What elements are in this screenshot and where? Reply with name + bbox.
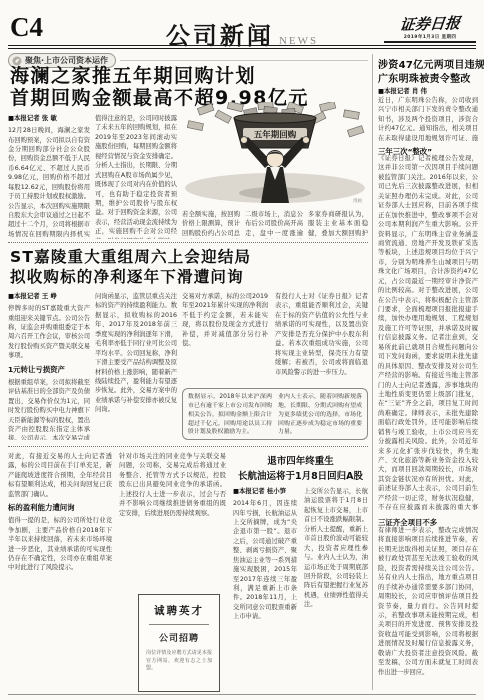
article1-col3: 若全额实施，按回购价格上限测算，预计回购股份约占公司总股本的1.78%，不会改变… bbox=[182, 210, 240, 239]
article2-box-col2: 业内人士表示，随着回购新规落地，长期限、分期式回购有望成为更多绩优公司的选择，市… bbox=[278, 393, 362, 435]
masthead-block: 证券日报 2019年1月3日 星期四 bbox=[384, 13, 476, 43]
leftcont-col1-text-a: 对此，有接近交易的人士向记者透露，标的公司目前在手订单充足，新产能爬坡进度符合预… bbox=[8, 453, 112, 498]
ad-title: 诚聘英才 bbox=[139, 603, 219, 618]
article3-col1: ■本报记者 桂小笋 2014年6月，因连续四年亏损，长航油运从上交所摘牌，成为“… bbox=[233, 487, 297, 692]
article2-data-box: 数据显示，2018年以来沪深两市已有逾千家上市公司发布回购相关公告，拟回购金额上… bbox=[182, 388, 368, 440]
article1-col1: ■本报记者 张 敏 12月28日晚间，海澜之家发布回购预案，公司拟以自有资金分期… bbox=[8, 114, 90, 239]
masthead-rule bbox=[384, 41, 476, 43]
cartoon-credit: 漫画 bbox=[353, 197, 362, 204]
leftcont-col2: 针对市场关注的同业竞争与关联交易问题，公司称，交易完成后将通过业务整合、托管等方… bbox=[119, 452, 226, 590]
ad-subtitle: 公司招聘 bbox=[139, 631, 219, 644]
sidebar-body-1: 《证券日报》记者梳理公告发现，这并非公司第一次因项目手续问题被监管部门关注。20… bbox=[378, 154, 478, 512]
article2-headline-2: 拟收购标的净利逐年下滑遭问询 bbox=[10, 268, 244, 287]
sidebar-headline-2: 广东明珠被责令整改 bbox=[378, 70, 471, 85]
article3-col2: 上交所公告显示，长航油运股票将于1月8日起恢复上市交易，上市首日不设涨跌幅限制。… bbox=[304, 487, 368, 692]
sidebar-byline: ■本报记者 肖 伟 bbox=[378, 86, 427, 95]
recruit-ad-box: 诚聘英才 公司招聘 岗位详情及应聘方式请见本报官方网站，欢迎有志之士加盟。 bbox=[138, 594, 220, 692]
article2-col1: ■本报记者 王 峥 停牌多时的ST嘉陵重大资产重组迎来关键节点。公司公告称，证监… bbox=[8, 292, 90, 440]
sidebar-body-2: 有律师进一步表示，整改完成情况将直接影响项目后续推进节奏，若长期无法取得相关证照… bbox=[378, 526, 478, 690]
header-rule bbox=[8, 45, 476, 49]
buyback-cartoon: 五年期回购 漫画 bbox=[182, 102, 368, 206]
article2-col1-text-a: 停牌多时的ST嘉陵重大资产重组迎来关键节点。公司公告称，证监会并购重组委定于本周… bbox=[8, 305, 90, 359]
leftcont-subhead: 标的盈利能力遭问询 bbox=[8, 502, 112, 513]
article2-col2: 问询函显示，监管层重点关注标的资产的持续盈利能力。数据显示，拟收购标的2016年… bbox=[95, 292, 177, 440]
sidebar-headline-1: 涉资47亿元两项目违规 bbox=[378, 56, 484, 71]
article3-col1-text: 2014年6月，因连续四年亏损，长航油运从上交所摘牌，成为“央企退市第一股”。退… bbox=[233, 500, 297, 620]
cartoon-basket-label: 五年期回购 bbox=[254, 130, 297, 141]
article1-col1-text: 12月28日晚间，海澜之家发布回购预案，公司拟以自有资金分期回购部分社会公众股份… bbox=[8, 127, 90, 239]
article1-col2: 值得注意的是，公司同时披露了未来五年的回购规划，拟在2019年至2023年间滚动… bbox=[95, 114, 177, 239]
article2-byline: ■本报记者 王 峥 bbox=[8, 292, 90, 302]
divider-2 bbox=[8, 446, 368, 447]
article2-subhead: 1元转让亏损资产 bbox=[8, 364, 90, 375]
article3-headline-2: 长航油运将于1月8日回归A股 bbox=[233, 468, 368, 482]
article2-col1-text-b: 根据重组草案，公司拟将截至评估基准日的全部资产及负债置出，交易作价仅为1元，同时… bbox=[8, 379, 90, 440]
article3-byline: ■本报记者 桂小笋 bbox=[233, 487, 297, 497]
ad-rule bbox=[149, 624, 209, 625]
article2-col3: 交易对方承诺，标的公司2019年至2021年累计实现的净利润不低于约定金额，若未… bbox=[182, 292, 268, 384]
article2-headline-1: ST嘉陵重大重组周六上会迎结局 bbox=[10, 248, 251, 267]
article1-col5: 多家券商研报认为，服装主业基本面稳健，叠加大额回购护航，公司估值修复行情有望延续… bbox=[308, 210, 368, 239]
tag-rule bbox=[120, 60, 368, 61]
paper-name: 证券日报 bbox=[399, 12, 461, 35]
article3-headline-1: 退市四年终重生 bbox=[233, 453, 368, 467]
sidebar-lead: 近日，广东明珠公告称，公司收到兴宁市相关部门下发的责令整改通知书，涉及两个投资项… bbox=[378, 96, 478, 142]
bottom-rule bbox=[8, 694, 476, 695]
leftcont-col1: 对此，有接近交易的人士向记者透露，标的公司目前在手订单充足，新产能爬坡进度符合预… bbox=[8, 452, 112, 692]
article1-headline-1: 海澜之家推五年期回购计划 bbox=[10, 66, 256, 88]
article1-byline: ■本报记者 张 敏 bbox=[8, 114, 90, 124]
ad-note: 岗位详情及应聘方式请见本报官方网站，欢迎有志之士加盟。 bbox=[146, 650, 212, 673]
leftcont-col1-text-b: 值得一提的是，标的公司所处行业竞争加剧，主要产品价格自2018年下半年以来持续回… bbox=[8, 517, 112, 571]
divider-1 bbox=[8, 242, 368, 243]
column-divider bbox=[372, 54, 373, 690]
newspaper-page: C4 公司新闻 NEWS 证券日报 2019年1月3日 星期四 聚焦·上市公司资… bbox=[0, 0, 484, 700]
article2-box-col1: 数据显示，2018年以来沪深两市已有逾千家上市公司发布回购相关公告，拟回购金额上… bbox=[188, 393, 272, 435]
tag-icon bbox=[12, 56, 22, 66]
article1-col4: 二级市场上，消息公布后公司股价高开高走，盘中一度涨逾5%，成交额明显放大，最终收… bbox=[245, 210, 303, 239]
